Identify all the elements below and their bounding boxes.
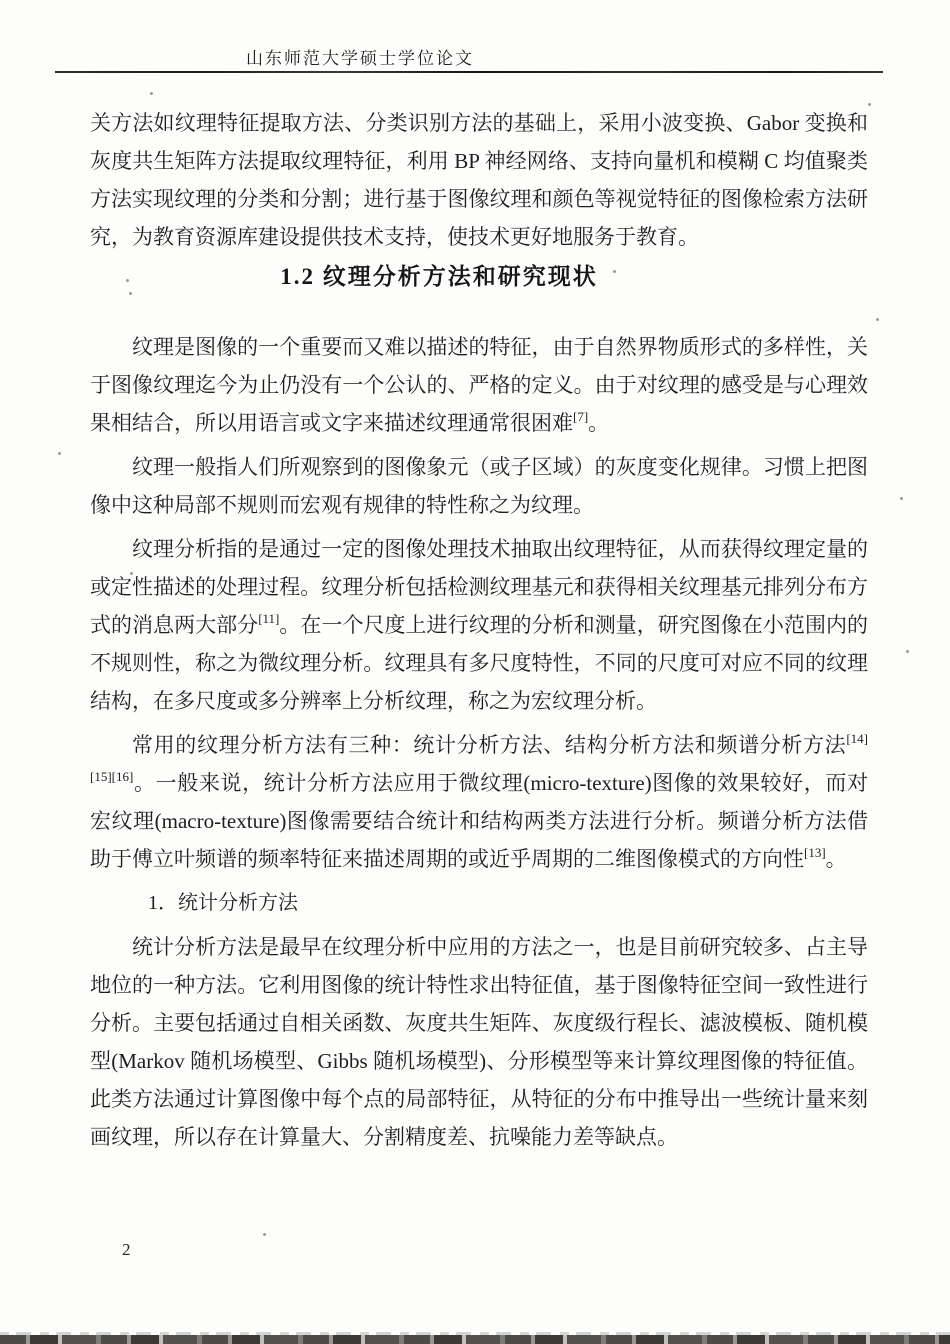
citation-superscript: [7]	[573, 409, 588, 424]
paragraph-three-methods: 常用的纹理分析方法有三种：统计分析方法、结构分析方法和频谱分析方法[14][15…	[90, 726, 868, 878]
paragraph-texture-analysis: 纹理分析指的是通过一定的图像处理技术抽取出纹理特征，从而获得纹理定量的或定性描述…	[90, 530, 868, 720]
scan-speck	[868, 103, 871, 106]
section-heading-1-2: 1.2 纹理分析方法和研究现状	[90, 262, 788, 292]
thesis-scan-page: 山东师范大学硕士学位论文 关方法如纹理特征提取方法、分类识别方法的基础上，采用小…	[0, 0, 950, 1344]
scan-speck	[900, 497, 903, 500]
scan-speck	[129, 292, 132, 295]
page-content: 关方法如纹理特征提取方法、分类识别方法的基础上，采用小波变换、Gabor 变换和…	[90, 104, 868, 1162]
citation-superscript: [11]	[258, 611, 279, 626]
scan-speck	[876, 318, 879, 321]
scan-artifact-band	[0, 1335, 950, 1344]
running-header: 山东师范大学硕士学位论文	[0, 44, 720, 69]
citation-superscript: [13]	[804, 845, 826, 860]
header-rule	[55, 71, 883, 73]
citation-superscript: [14][15][16]	[90, 731, 868, 784]
paragraph-intro-continued: 关方法如纹理特征提取方法、分类识别方法的基础上，采用小波变换、Gabor 变换和…	[90, 104, 868, 256]
scan-speck	[613, 270, 616, 273]
page-number: 2	[122, 1240, 131, 1260]
subheading-statistical-method: 1．统计分析方法	[90, 884, 868, 922]
scan-speck	[126, 279, 129, 282]
scan-speck	[906, 650, 909, 653]
paragraph-texture-meaning: 纹理一般指人们所观察到的图像象元（或子区域）的灰度变化规律。习惯上把图像中这种局…	[90, 448, 868, 524]
paragraph-statistical-method: 统计分析方法是最早在纹理分析中应用的方法之一，也是目前研究较多、占主导地位的一种…	[90, 928, 868, 1156]
scan-speck	[130, 572, 133, 575]
scan-speck	[150, 92, 153, 95]
scan-speck	[263, 1233, 266, 1236]
scan-speck	[58, 452, 61, 455]
paragraph-texture-definition: 纹理是图像的一个重要而又难以描述的特征，由于自然界物质形式的多样性，关于图像纹理…	[90, 328, 868, 442]
